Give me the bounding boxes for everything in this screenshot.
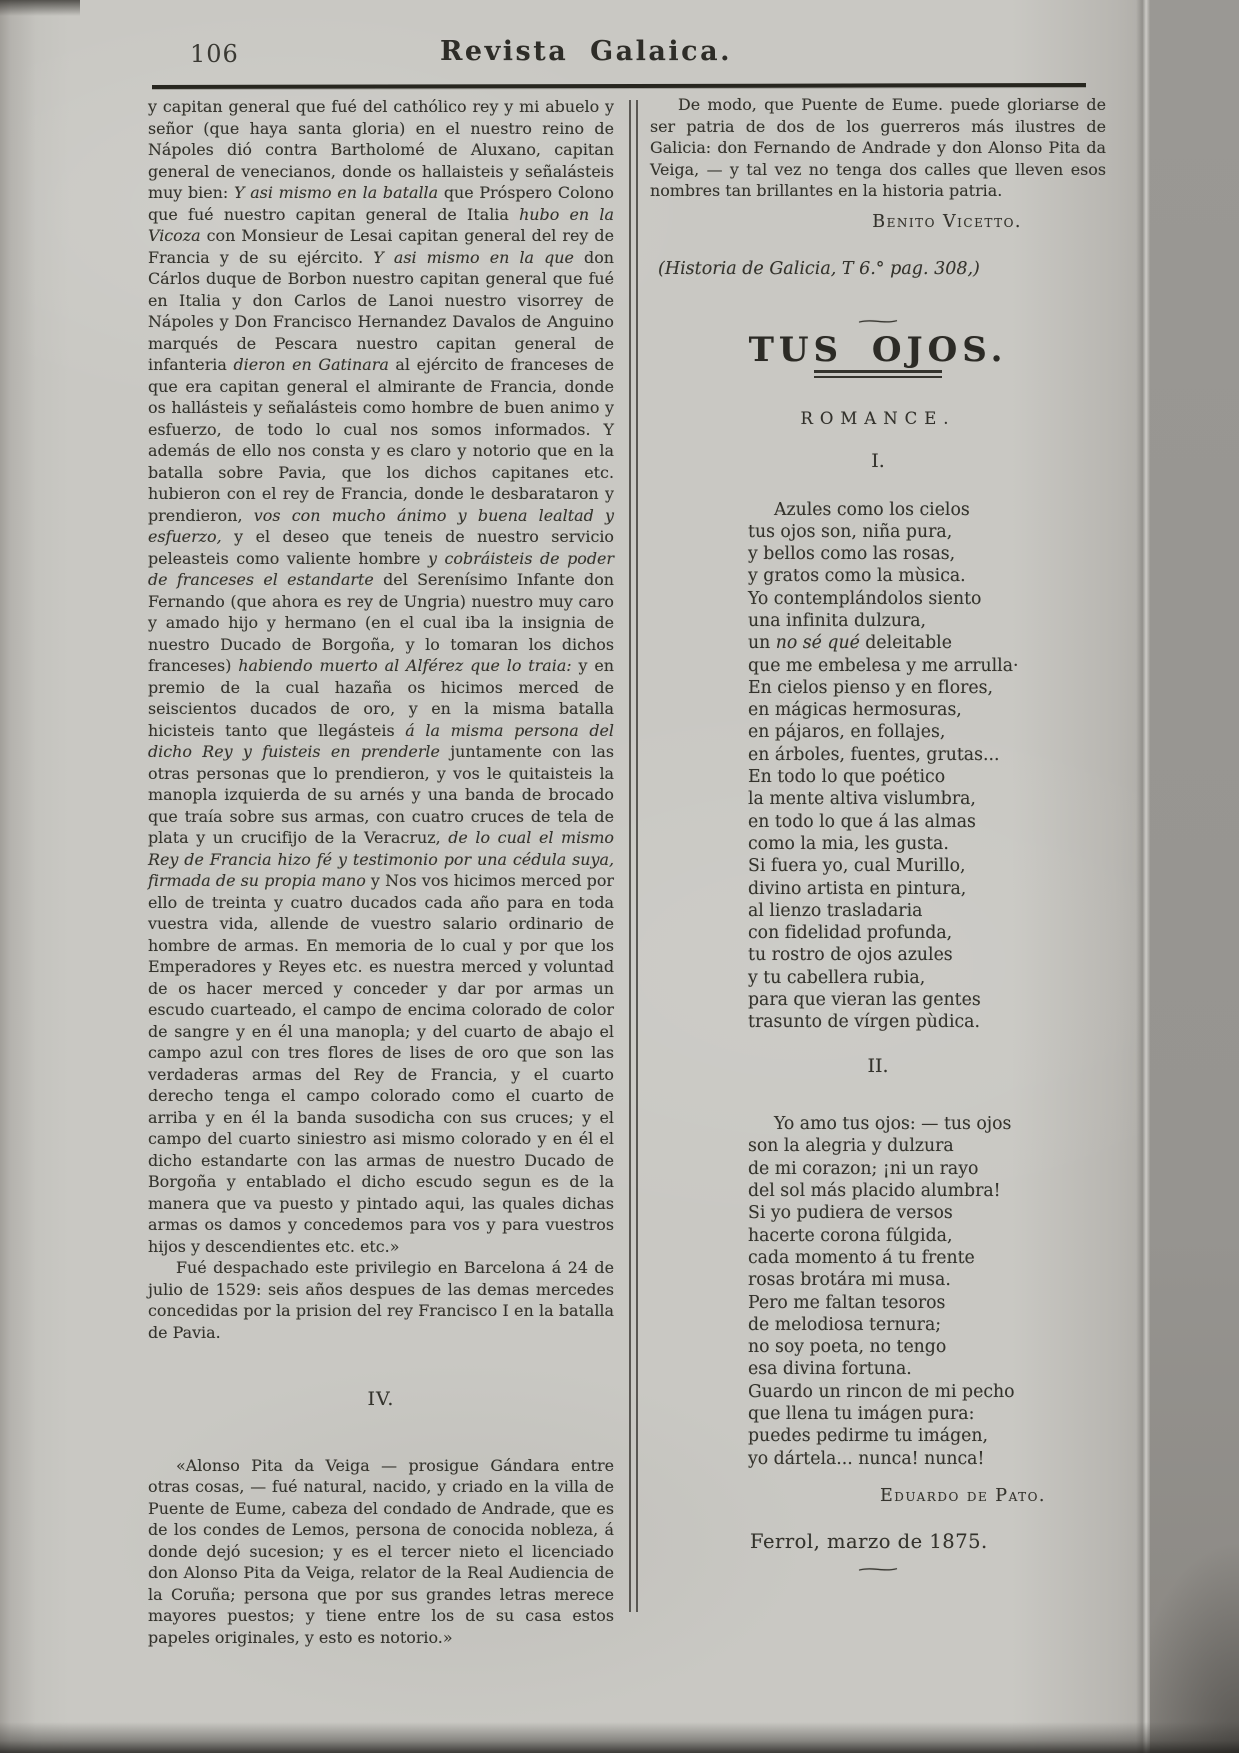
top-left-corner-shadow: [0, 0, 80, 16]
poem-line: son la alegria y dulzura: [748, 1135, 1106, 1157]
poem-line: de melodiosa ternura;: [748, 1314, 1106, 1336]
poem-line: tus ojos son, niña pura,: [748, 521, 1106, 543]
poem-line: Guardo un rincon de mi pecho: [748, 1381, 1106, 1403]
poem-line: esa divina fortuna.: [748, 1358, 1106, 1380]
poem-title-rule: [814, 370, 942, 378]
poem-title: TUS OJOS.: [650, 340, 1106, 362]
poem-line: Yo amo tus ojos: — tus ojos: [748, 1113, 1106, 1135]
italic-text: Y asi mismo en la que: [373, 248, 574, 267]
poem-line: un no sé qué deleitable: [748, 632, 1106, 654]
poem-line: hacerte corona fúlgida,: [748, 1225, 1106, 1247]
poem-line: en pájaros, en follajes,: [748, 721, 1106, 743]
poem-line: rosas brotára mi musa.: [748, 1269, 1106, 1291]
right-column: De modo, que Puente de Eume. puede glori…: [650, 94, 1106, 1580]
citation: (Historia de Galicia, T 6.° pag. 308,): [650, 259, 1106, 281]
poem-stanza-1: Azules como los cielostus ojos son, niña…: [650, 499, 1106, 1034]
poem-line: Si yo pudiera de versos: [748, 1202, 1106, 1224]
poem-line: divino artista en pintura,: [748, 878, 1106, 900]
poem-line: Yo contemplándolos siento: [748, 588, 1106, 610]
poem-line: En cielos pienso y en flores,: [748, 677, 1106, 699]
poem-line: de mi corazon; ¡ni un rayo: [748, 1158, 1106, 1180]
poem-line: la mente altiva vislumbra,: [748, 788, 1106, 810]
book-edge-shadow: [1150, 0, 1239, 1753]
page-left-edge: [0, 0, 36, 1753]
part-label-1: I.: [650, 451, 1106, 473]
poem-line: como la mia, les gusta.: [748, 833, 1106, 855]
poem-line: que me embelesa y me arrulla·: [748, 655, 1106, 677]
poem-line: una infinita dulzura,: [748, 610, 1106, 632]
poem-line: Azules como los cielos: [748, 499, 1106, 521]
poem-line: en mágicas hermosuras,: [748, 699, 1106, 721]
poem-line: cada momento á tu frente: [748, 1247, 1106, 1269]
closing-paragraph: De modo, que Puente de Eume. puede glori…: [650, 94, 1106, 202]
header-rule: [152, 83, 1086, 89]
page-paper: 106 Revista Galaica. y capitan general q…: [0, 0, 1150, 1753]
poem-line: tu rostro de ojos azules: [748, 944, 1106, 966]
poem-subtitle: ROMANCE.: [650, 408, 1106, 430]
privilege-paragraph: y capitan general que fué del cathólico …: [148, 96, 614, 1257]
italic-text: dieron en Gatinara: [233, 355, 388, 374]
italic-text: Y asi mismo en la batalla: [234, 183, 438, 202]
page-number: 106: [190, 40, 239, 68]
italic-text: habiendo muerto al Alférez que lo traia:: [238, 656, 571, 675]
page-fold-highlight: [1136, 0, 1150, 1753]
poem-line: con fidelidad profunda,: [748, 922, 1106, 944]
text-run: deleitable: [860, 633, 952, 653]
poem-line: al lienzo trasladaria: [748, 900, 1106, 922]
part-label-2: II.: [650, 1056, 1106, 1078]
author-signature: Benito Vicetto.: [650, 212, 1106, 234]
poem-line: Si fuera yo, cual Murillo,: [748, 855, 1106, 877]
poem-line: y tu cabellera rubia,: [748, 967, 1106, 989]
poem-line: del sol más placido alumbra!: [748, 1180, 1106, 1202]
poem-line: puedes pedirme tu imágen,: [748, 1425, 1106, 1447]
poem-line: en todo lo que á las almas: [748, 811, 1106, 833]
poem-line: y bellos como las rosas,: [748, 543, 1106, 565]
poem-author-signature: Eduardo de Pato.: [650, 1486, 1106, 1508]
section-heading-iv: IV.: [148, 1389, 614, 1411]
journal-title: Revista Galaica.: [440, 36, 732, 67]
italic-text: no sé qué: [776, 633, 860, 653]
divider-ornament: ⁓: [240, 311, 1239, 333]
text-run: y Nos vos hicimos merced por ello de tre…: [148, 871, 614, 1256]
text-run: al ejército de franceses de que era capi…: [148, 355, 614, 525]
poem-line: yo dártela... nunca! nunca!: [748, 1448, 1106, 1470]
poem-line: para que vieran las gentes: [748, 989, 1106, 1011]
poem-line: en árboles, fuentes, grutas...: [748, 744, 1106, 766]
end-ornament: ⁓: [240, 1559, 1239, 1581]
gandara-paragraph: «Alonso Pita da Veiga — prosigue Gándara…: [148, 1455, 614, 1649]
scanned-page: 106 Revista Galaica. y capitan general q…: [0, 0, 1239, 1753]
poem-line: y gratos como la mùsica.: [748, 565, 1106, 587]
text-run: un: [748, 633, 776, 653]
poem-line: no soy poeta, no tengo: [748, 1336, 1106, 1358]
poem-line: que llena tu imágen pura:: [748, 1403, 1106, 1425]
poem-line: trasunto de vírgen pùdica.: [748, 1011, 1106, 1033]
despatch-paragraph: Fué despachado este privilegio en Barcel…: [148, 1257, 614, 1343]
dateline: Ferrol, marzo de 1875.: [650, 1531, 1106, 1553]
poem-stanza-2: Yo amo tus ojos: — tus ojosson la alegri…: [650, 1113, 1106, 1470]
poem-line: En todo lo que poético: [748, 766, 1106, 788]
bottom-shadow: [0, 1722, 1239, 1753]
poem-line: Pero me faltan tesoros: [748, 1292, 1106, 1314]
